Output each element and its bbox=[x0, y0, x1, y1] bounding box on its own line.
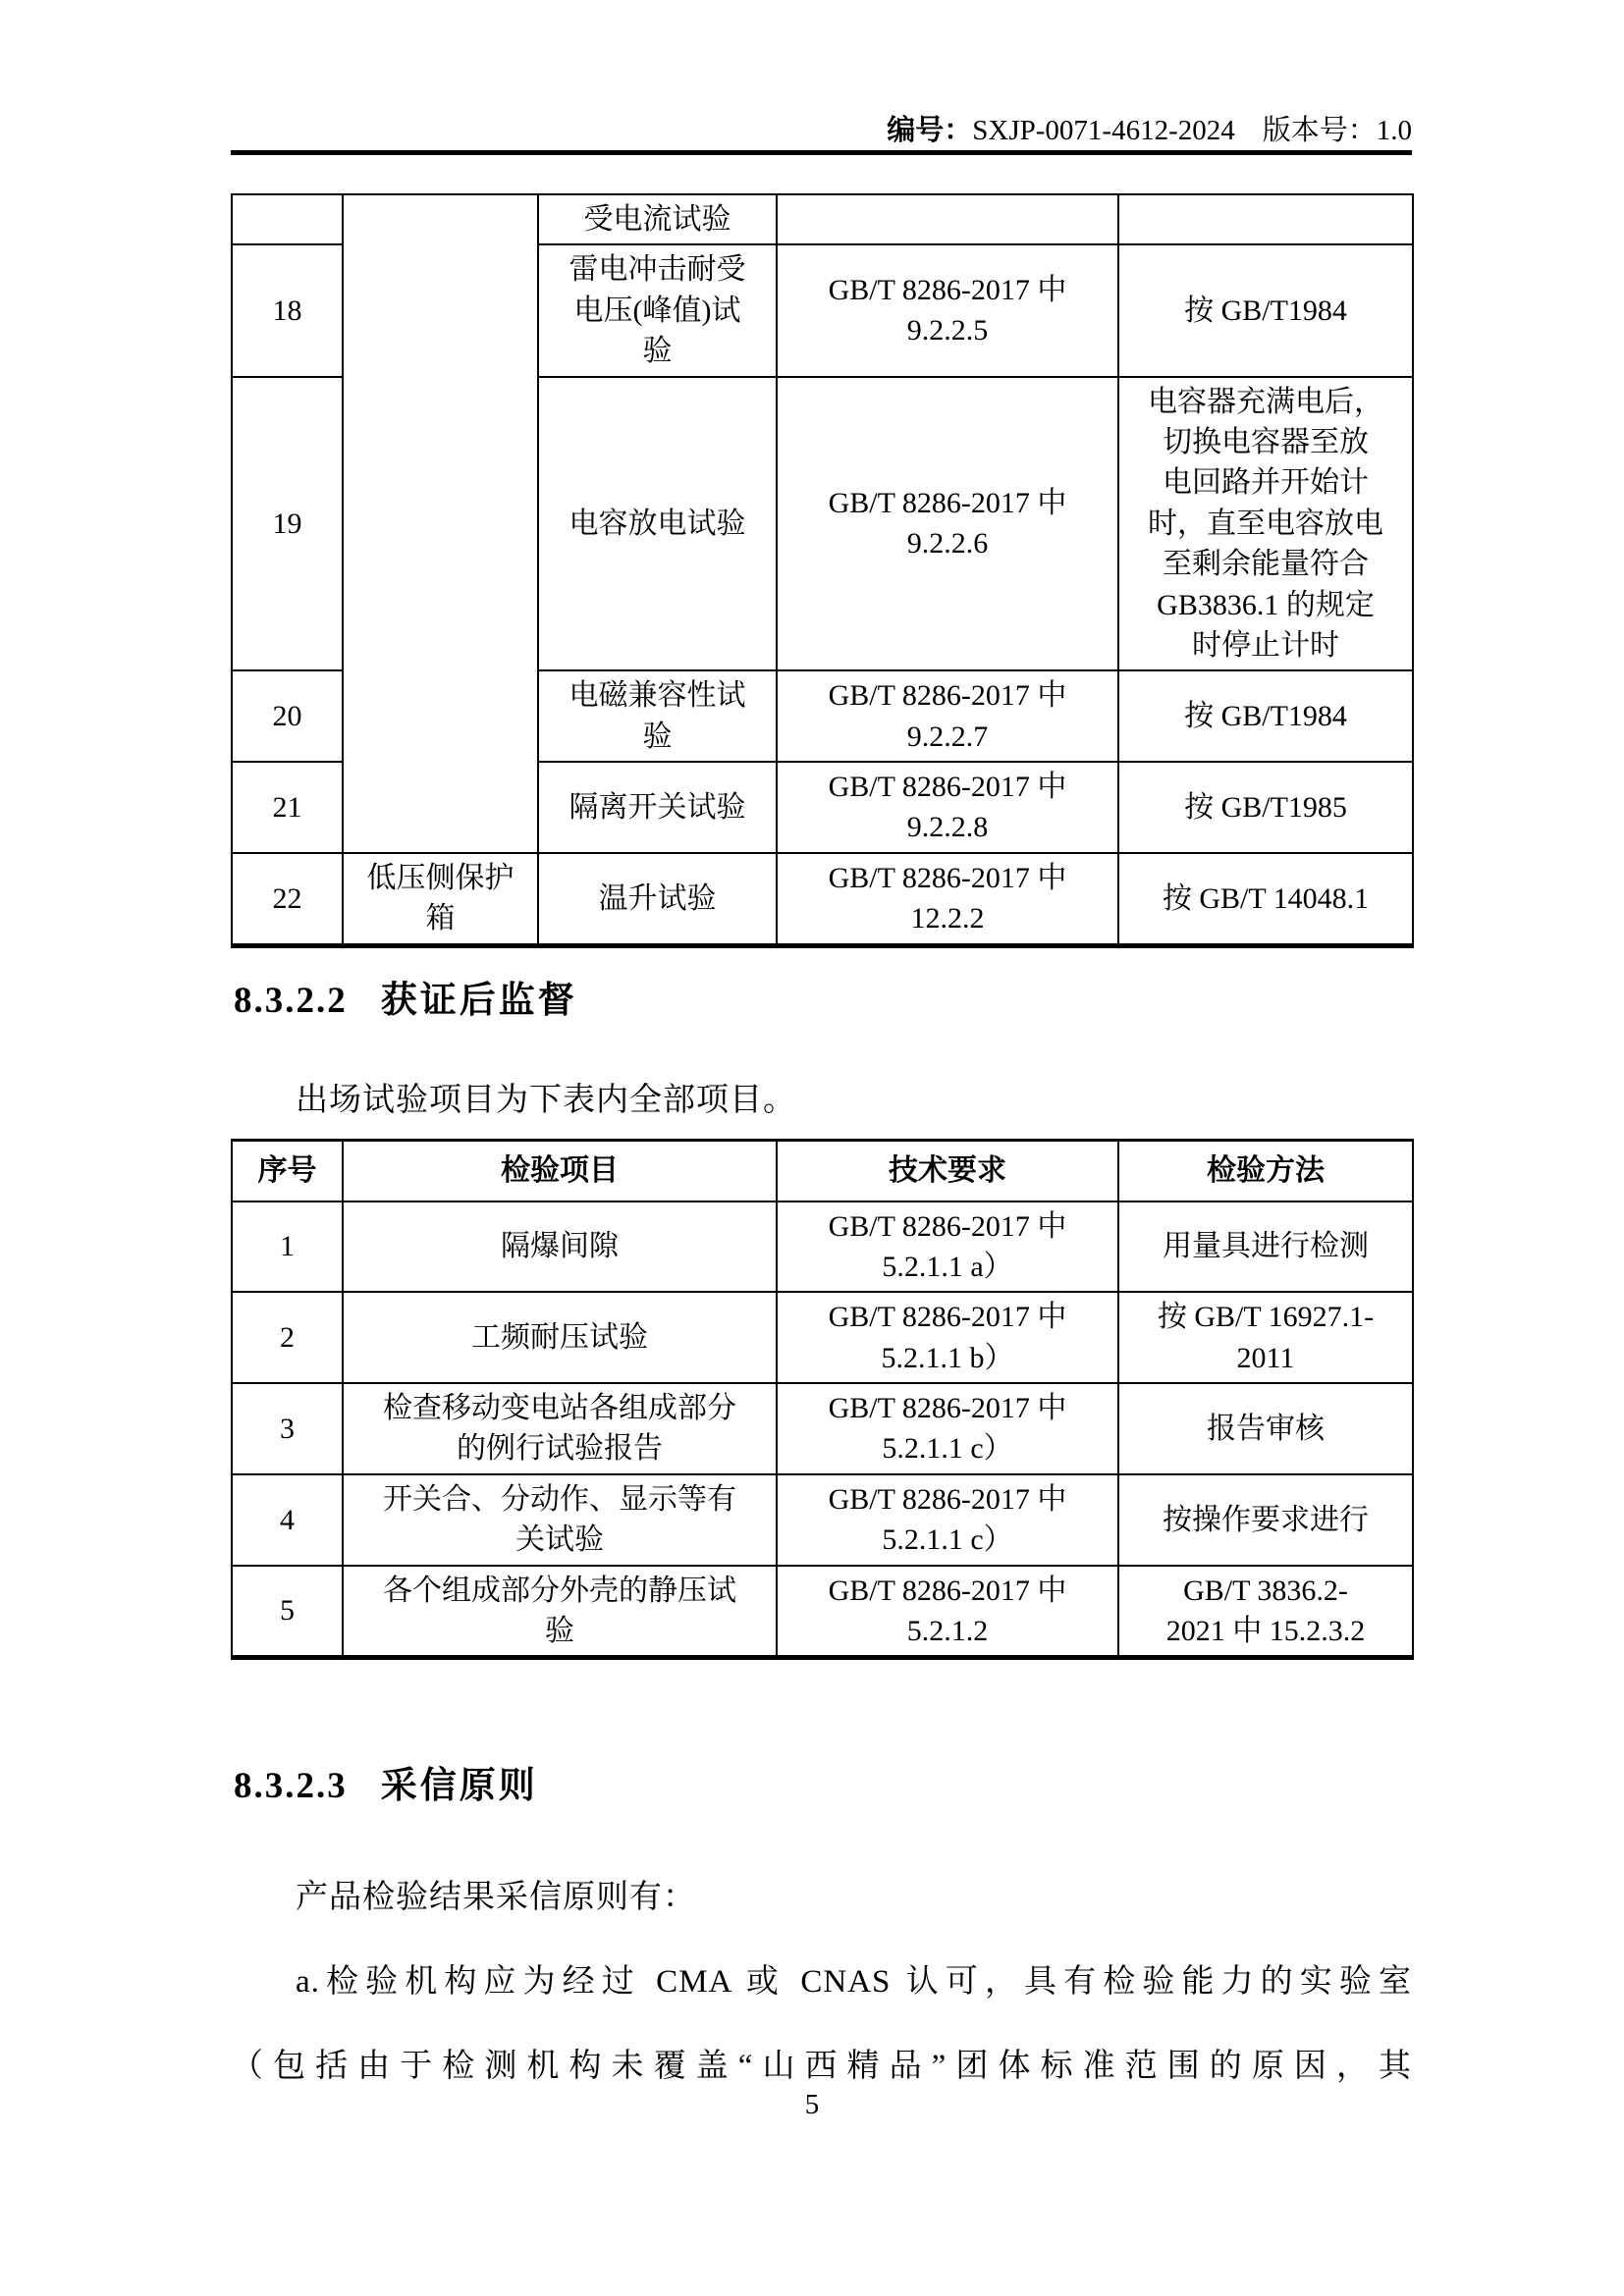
cell-requirement: GB/T 8286-2017 中 5.2.1.2 bbox=[777, 1566, 1118, 1658]
section-heading-8323: 8.3.2.3采信原则 bbox=[234, 1755, 538, 1808]
section-number: 8.3.2.3 bbox=[234, 1766, 348, 1806]
table-row-5: 5 各个组成部分外壳的静压试 验 GB/T 8286-2017 中 5.2.1.… bbox=[232, 1566, 1413, 1658]
cell-component-merged bbox=[343, 194, 538, 853]
page-number: 5 bbox=[0, 2089, 1624, 2121]
intro-paragraph: 出场试验项目为下表内全部项目。 bbox=[231, 1074, 1412, 1120]
cell-component: 低压侧保护 箱 bbox=[343, 853, 538, 945]
header-cell-requirement: 技术要求 bbox=[777, 1141, 1118, 1201]
cell-requirement: GB/T 8286-2017 中 12.2.2 bbox=[777, 853, 1118, 945]
cell-method: 电容器充满电后， 切换电容器至放 电回路并开始计 时，直至电容放电 至剩余能量符… bbox=[1118, 377, 1413, 671]
body-paragraph: （包括由于检测机构未覆盖“山西精品”团体标准范围的原因，其 bbox=[231, 2040, 1412, 2086]
cell-item: 工频耐压试验 bbox=[343, 1292, 777, 1383]
cell-requirement: GB/T 8286-2017 中 5.2.1.1 a） bbox=[777, 1201, 1118, 1293]
cell-requirement: GB/T 8286-2017 中 5.2.1.1 c） bbox=[777, 1383, 1118, 1474]
header-cell-item: 检验项目 bbox=[343, 1141, 777, 1201]
doc-version-value: 1.0 bbox=[1377, 115, 1412, 146]
cell-method: 报告审核 bbox=[1118, 1383, 1413, 1474]
cell-no: 18 bbox=[232, 244, 343, 376]
cell-method: 按 GB/T1984 bbox=[1118, 244, 1413, 376]
cell-item: 电容放电试验 bbox=[538, 377, 777, 671]
table-row-2: 2 工频耐压试验 GB/T 8286-2017 中 5.2.1.1 b） 按 G… bbox=[232, 1292, 1413, 1383]
header-cell-method: 检验方法 bbox=[1118, 1141, 1413, 1201]
table-row-1: 1 隔爆间隙 GB/T 8286-2017 中 5.2.1.1 a） 用量具进行… bbox=[232, 1201, 1413, 1293]
cell-method: 按 GB/T1985 bbox=[1118, 762, 1413, 853]
cell-item: 隔爆间隙 bbox=[343, 1201, 777, 1293]
cell-method: 按 GB/T 14048.1 bbox=[1118, 853, 1413, 945]
cell-no bbox=[232, 194, 343, 244]
cell-no: 4 bbox=[232, 1474, 343, 1566]
cell-requirement: GB/T 8286-2017 中 9.2.2.6 bbox=[777, 377, 1118, 671]
cell-item: 检查移动变电站各组成部分 的例行试验报告 bbox=[343, 1383, 777, 1474]
document-id-header: 编号：SXJP-0071-4612-2024版本号：1.0 bbox=[231, 108, 1412, 148]
table-row-3: 3 检查移动变电站各组成部分 的例行试验报告 GB/T 8286-2017 中 … bbox=[232, 1383, 1413, 1474]
cell-no: 21 bbox=[232, 762, 343, 853]
cell-method: GB/T 3836.2- 2021 中 15.2.3.2 bbox=[1118, 1566, 1413, 1658]
header-rule bbox=[231, 150, 1412, 155]
cell-no: 2 bbox=[232, 1292, 343, 1383]
inspection-items-table-continued: 受电流试验 18 雷电冲击耐受 电压(峰值)试 验 GB/T 8286-2017… bbox=[231, 193, 1414, 948]
cell-item: 电磁兼容性试 验 bbox=[538, 670, 777, 762]
section-heading-8322: 8.3.2.2获证后监督 bbox=[234, 970, 577, 1023]
cell-item: 各个组成部分外壳的静压试 验 bbox=[343, 1566, 777, 1658]
cell-requirement: GB/T 8286-2017 中 9.2.2.8 bbox=[777, 762, 1118, 853]
cell-method: 按 GB/T1984 bbox=[1118, 670, 1413, 762]
cell-requirement bbox=[777, 194, 1118, 244]
exit-test-items-table: 序号 检验项目 技术要求 检验方法 1 隔爆间隙 GB/T 8286-2017 … bbox=[231, 1139, 1414, 1660]
cell-requirement: GB/T 8286-2017 中 5.2.1.1 b） bbox=[777, 1292, 1118, 1383]
cell-requirement: GB/T 8286-2017 中 9.2.2.7 bbox=[777, 670, 1118, 762]
cell-item: 雷电冲击耐受 电压(峰值)试 验 bbox=[538, 244, 777, 376]
cell-method bbox=[1118, 194, 1413, 244]
table-header-row: 序号 检验项目 技术要求 检验方法 bbox=[232, 1141, 1413, 1201]
header-cell-no: 序号 bbox=[232, 1141, 343, 1201]
cell-no: 19 bbox=[232, 377, 343, 671]
table-row-4: 4 开关合、分动作、显示等有 关试验 GB/T 8286-2017 中 5.2.… bbox=[232, 1474, 1413, 1566]
doc-version-label: 版本号： bbox=[1263, 115, 1377, 146]
cell-method: 按 GB/T 16927.1- 2011 bbox=[1118, 1292, 1413, 1383]
cell-no: 20 bbox=[232, 670, 343, 762]
cell-method: 用量具进行检测 bbox=[1118, 1201, 1413, 1293]
doc-code-value: SXJP-0071-4612-2024 bbox=[972, 115, 1234, 146]
section-title: 采信原则 bbox=[381, 1766, 538, 1806]
cell-no: 22 bbox=[232, 853, 343, 945]
cell-no: 1 bbox=[232, 1201, 343, 1293]
document-page: 编号：SXJP-0071-4612-2024版本号：1.0 受电流试验 18 雷… bbox=[0, 0, 1624, 2296]
cell-item: 受电流试验 bbox=[538, 194, 777, 244]
cell-item: 温升试验 bbox=[538, 853, 777, 945]
cell-no: 5 bbox=[232, 1566, 343, 1658]
table-row-22: 22 低压侧保护 箱 温升试验 GB/T 8286-2017 中 12.2.2 … bbox=[232, 853, 1413, 945]
doc-code-label: 编号： bbox=[887, 115, 972, 146]
cell-requirement: GB/T 8286-2017 中 5.2.1.1 c） bbox=[777, 1474, 1118, 1566]
cell-item: 隔离开关试验 bbox=[538, 762, 777, 853]
cell-requirement: GB/T 8286-2017 中 9.2.2.5 bbox=[777, 244, 1118, 376]
table-row-partial: 受电流试验 bbox=[232, 194, 1413, 244]
section-number: 8.3.2.2 bbox=[234, 981, 348, 1021]
cell-no: 3 bbox=[232, 1383, 343, 1474]
body-paragraph: a.检验机构应为经过 CMA 或 CNAS 认可，具有检验能力的实验室 bbox=[231, 1955, 1412, 2002]
body-paragraph: 产品检验结果采信原则有： bbox=[231, 1871, 1412, 1917]
cell-method: 按操作要求进行 bbox=[1118, 1474, 1413, 1566]
section-title: 获证后监督 bbox=[381, 981, 577, 1021]
cell-item: 开关合、分动作、显示等有 关试验 bbox=[343, 1474, 777, 1566]
